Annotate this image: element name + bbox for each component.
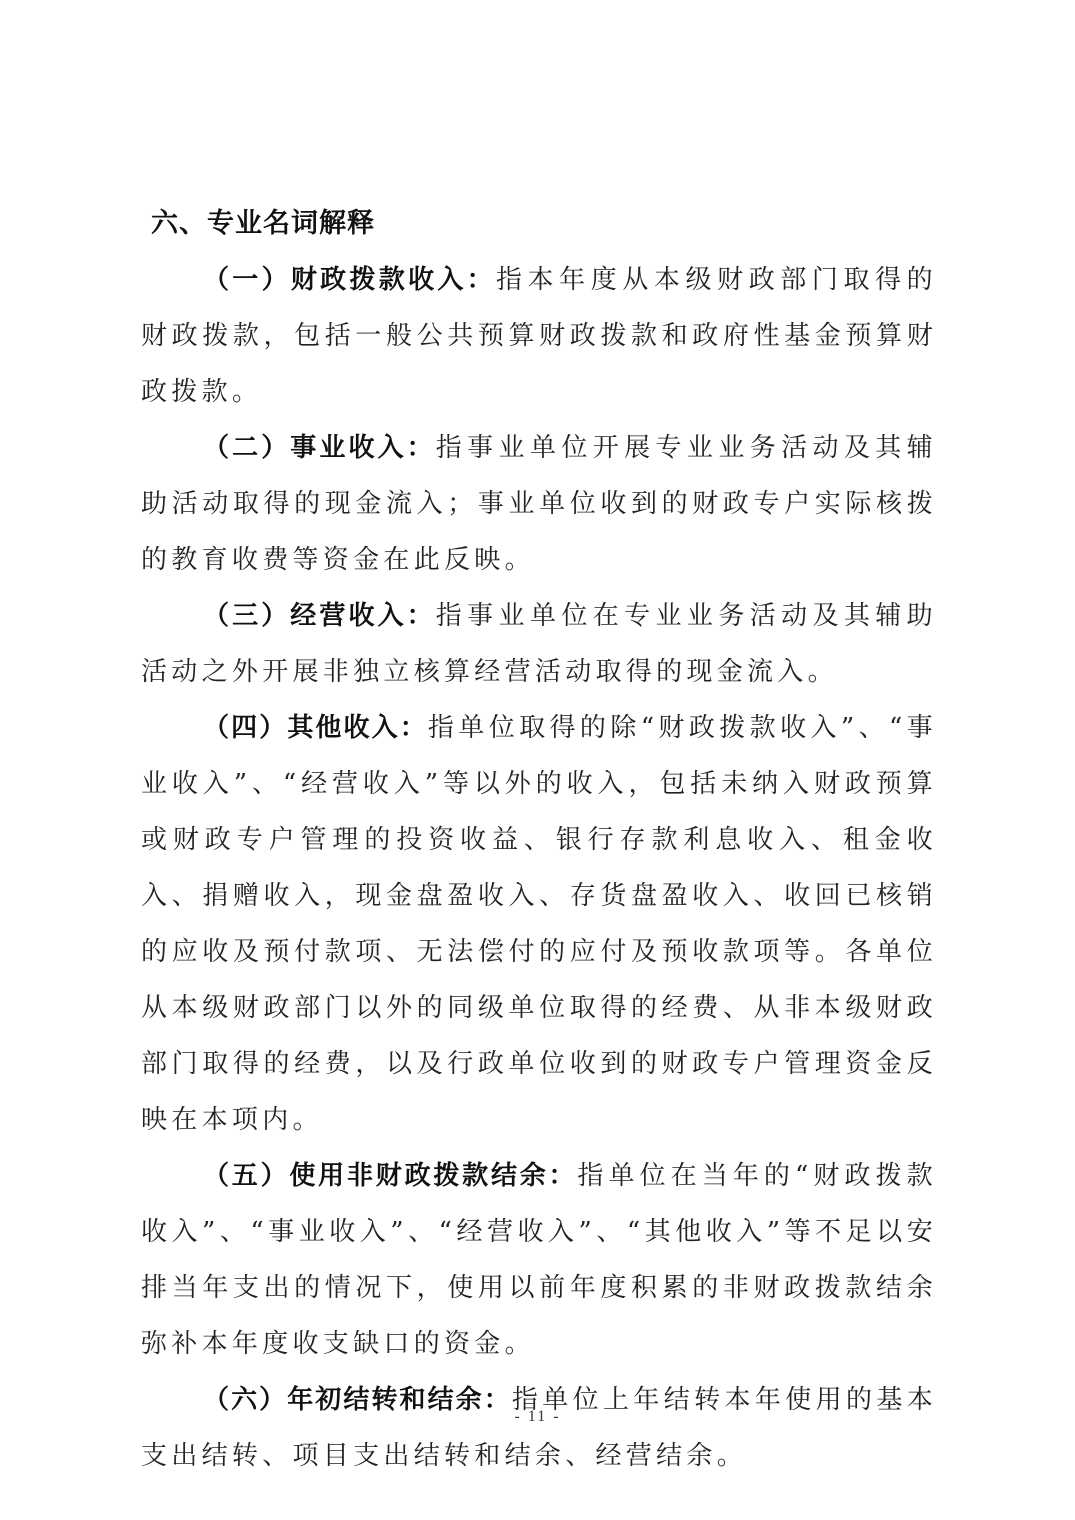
term-beginning-carryover: （六）年初结转和结余：指单位上年结转本年使用的基本支出结转、项目支出结转和结余、…	[141, 1372, 937, 1484]
section-title: 六、专业名词解释	[151, 196, 937, 252]
page-number: - 11 -	[0, 1408, 1075, 1426]
term-label: （一）财政拨款收入：	[203, 265, 496, 295]
term-label: （五）使用非财政拨款结余：	[203, 1161, 577, 1191]
term-label: （三）经营收入：	[203, 601, 436, 631]
term-label: （二）事业收入：	[203, 433, 436, 463]
term-fiscal-appropriation-income: （一）财政拨款收入：指本年度从本级财政部门取得的财政拨款，包括一般公共预算财政拨…	[141, 252, 937, 420]
term-label: （四）其他收入：	[203, 713, 428, 743]
term-business-income: （二）事业收入：指事业单位开展专业业务活动及其辅助活动取得的现金流入；事业单位收…	[141, 420, 937, 588]
term-operating-income: （三）经营收入：指事业单位在专业业务活动及其辅助活动之外开展非独立核算经营活动取…	[141, 588, 937, 700]
document-page: 六、专业名词解释 （一）财政拨款收入：指本年度从本级财政部门取得的财政拨款，包括…	[141, 196, 937, 1484]
term-other-income: （四）其他收入：指单位取得的除“财政拨款收入”、“事业收入”、“经营收入”等以外…	[141, 700, 937, 1148]
term-definition: 指单位取得的除“财政拨款收入”、“事业收入”、“经营收入”等以外的收入，包括未纳…	[141, 713, 937, 1135]
term-non-fiscal-balance-use: （五）使用非财政拨款结余：指单位在当年的“财政拨款收入”、“事业收入”、“经营收…	[141, 1148, 937, 1372]
